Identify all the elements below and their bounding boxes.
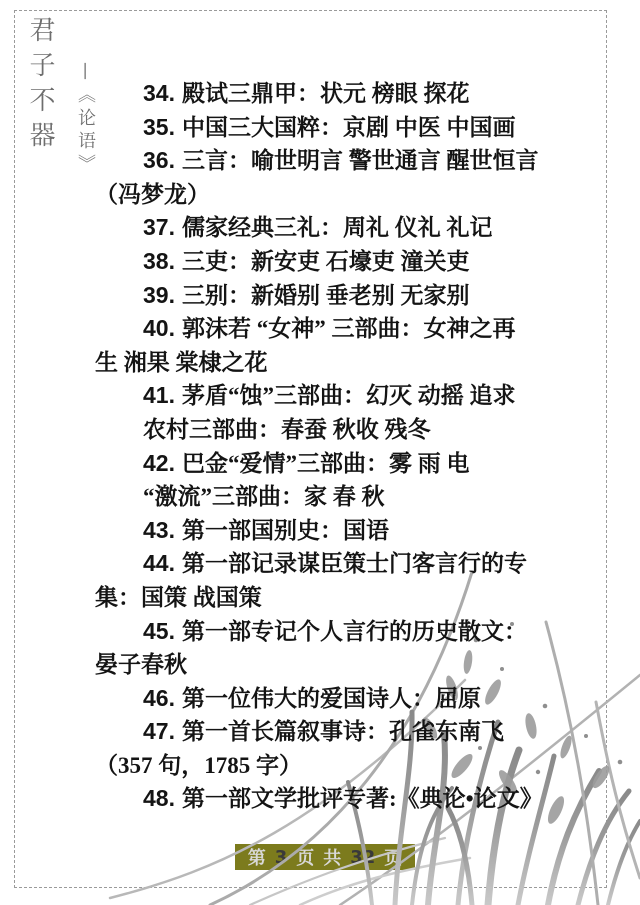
item-number: 46. xyxy=(143,685,175,711)
list-item: 35.中国三大国粹：京剧 中医 中国画 xyxy=(95,111,607,145)
list-item: 生 湘果 棠棣之花 xyxy=(95,346,607,380)
item-text: 三言：喻世明言 警世通言 醒世恒言 xyxy=(182,148,539,173)
footer-total-pages: 32 xyxy=(350,847,375,868)
item-text: 第一首长篇叙事诗：孔雀东南飞 xyxy=(182,719,504,744)
item-text: 三吏：新安吏 石壕吏 潼关吏 xyxy=(182,249,470,274)
item-number: 35. xyxy=(143,114,175,140)
list-item: 48.第一部文学批评专著:《典论•论文》 xyxy=(95,782,607,816)
item-number: 39. xyxy=(143,282,175,308)
list-item: 46.第一位伟大的爱国诗人：屈原 xyxy=(95,682,607,716)
item-text: 集：国策 战国策 xyxy=(95,585,262,610)
item-text: 巴金“爱情”三部曲：雾 雨 电 xyxy=(182,451,470,476)
list-item: 45.第一部专记个人言行的历史散文： xyxy=(95,615,607,649)
list-item: 39.三别：新婚别 垂老别 无家别 xyxy=(95,279,607,313)
item-text: （冯梦龙） xyxy=(95,182,210,207)
footer-page-number: 3 xyxy=(275,847,288,868)
list-item: 34.殿试三鼎甲：状元 榜眼 探花 xyxy=(95,77,607,111)
item-number: 36. xyxy=(143,147,175,173)
item-number: 48. xyxy=(143,785,175,811)
list-item: 36.三言：喻世明言 警世通言 醒世恒言 xyxy=(95,144,607,178)
page-footer-badge: 第 3 页 共 32 页 xyxy=(235,844,415,870)
list-item: 43.第一部国别史：国语 xyxy=(95,514,607,548)
list-item: 37.儒家经典三礼：周礼 仪礼 礼记 xyxy=(95,211,607,245)
list-item: （357 句，1785 字） xyxy=(95,749,607,783)
item-number: 37. xyxy=(143,214,175,240)
item-number: 40. xyxy=(143,315,175,341)
item-number: 44. xyxy=(143,550,175,576)
sidebar-calligraphy-motto: 君子不器 xyxy=(22,16,59,156)
item-text: （357 句，1785 字） xyxy=(95,753,302,778)
item-text: “激流”三部曲：家 春 秋 xyxy=(143,484,385,509)
item-number: 47. xyxy=(143,718,175,744)
item-text: 殿试三鼎甲：状元 榜眼 探花 xyxy=(182,81,470,106)
item-number: 42. xyxy=(143,450,175,476)
item-text: 生 湘果 棠棣之花 xyxy=(95,350,268,375)
item-text: 农村三部曲：春蚕 秋收 残冬 xyxy=(143,417,431,442)
item-text: 茅盾“蚀”三部曲：幻灭 动摇 追求 xyxy=(182,383,516,408)
item-text: 第一位伟大的爱国诗人：屈原 xyxy=(182,686,481,711)
item-text: 第一部记录谋臣策士门客言行的专 xyxy=(182,551,527,576)
list-item: “激流”三部曲：家 春 秋 xyxy=(95,480,607,514)
list-item: 44.第一部记录谋臣策士门客言行的专 xyxy=(95,547,607,581)
item-text: 第一部国别史：国语 xyxy=(182,518,389,543)
list-item: 47.第一首长篇叙事诗：孔雀东南飞 xyxy=(95,715,607,749)
footer-label-ye-2: 页 xyxy=(384,844,402,870)
list-item: 41.茅盾“蚀”三部曲：幻灭 动摇 追求 xyxy=(95,379,607,413)
list-item: 晏子春秋 xyxy=(95,648,607,682)
item-text: 中国三大国粹：京剧 中医 中国画 xyxy=(182,115,516,140)
item-text: 晏子春秋 xyxy=(95,652,187,677)
item-text: 儒家经典三礼：周礼 仪礼 礼记 xyxy=(182,215,493,240)
list-item: （冯梦龙） xyxy=(95,178,607,212)
item-number: 41. xyxy=(143,382,175,408)
list-item: 农村三部曲：春蚕 秋收 残冬 xyxy=(95,413,607,447)
list-item: 集：国策 战国策 xyxy=(95,581,607,615)
list-item: 40.郭沫若 “女神” 三部曲：女神之再 xyxy=(95,312,607,346)
item-number: 38. xyxy=(143,248,175,274)
knowledge-list: 34.殿试三鼎甲：状元 榜眼 探花 35.中国三大国粹：京剧 中医 中国画 36… xyxy=(95,77,607,816)
footer-label-ye-1: 页 xyxy=(296,844,314,870)
item-number: 45. xyxy=(143,618,175,644)
item-number: 43. xyxy=(143,517,175,543)
item-text: 第一部文学批评专著:《典论•论文》 xyxy=(182,786,543,811)
list-item: 42.巴金“爱情”三部曲：雾 雨 电 xyxy=(95,447,607,481)
list-item: 38.三吏：新安吏 石壕吏 潼关吏 xyxy=(95,245,607,279)
document-page: 君子不器 —《论语》 第 3 页 共 32 页 xyxy=(0,0,640,905)
footer-label-gong: 共 xyxy=(323,844,341,870)
item-number: 34. xyxy=(143,80,175,106)
footer-label-di: 第 xyxy=(248,844,266,870)
item-text: 郭沫若 “女神” 三部曲：女神之再 xyxy=(182,316,516,341)
item-text: 三别：新婚别 垂老别 无家别 xyxy=(182,283,470,308)
item-text: 第一部专记个人言行的历史散文： xyxy=(182,619,527,644)
